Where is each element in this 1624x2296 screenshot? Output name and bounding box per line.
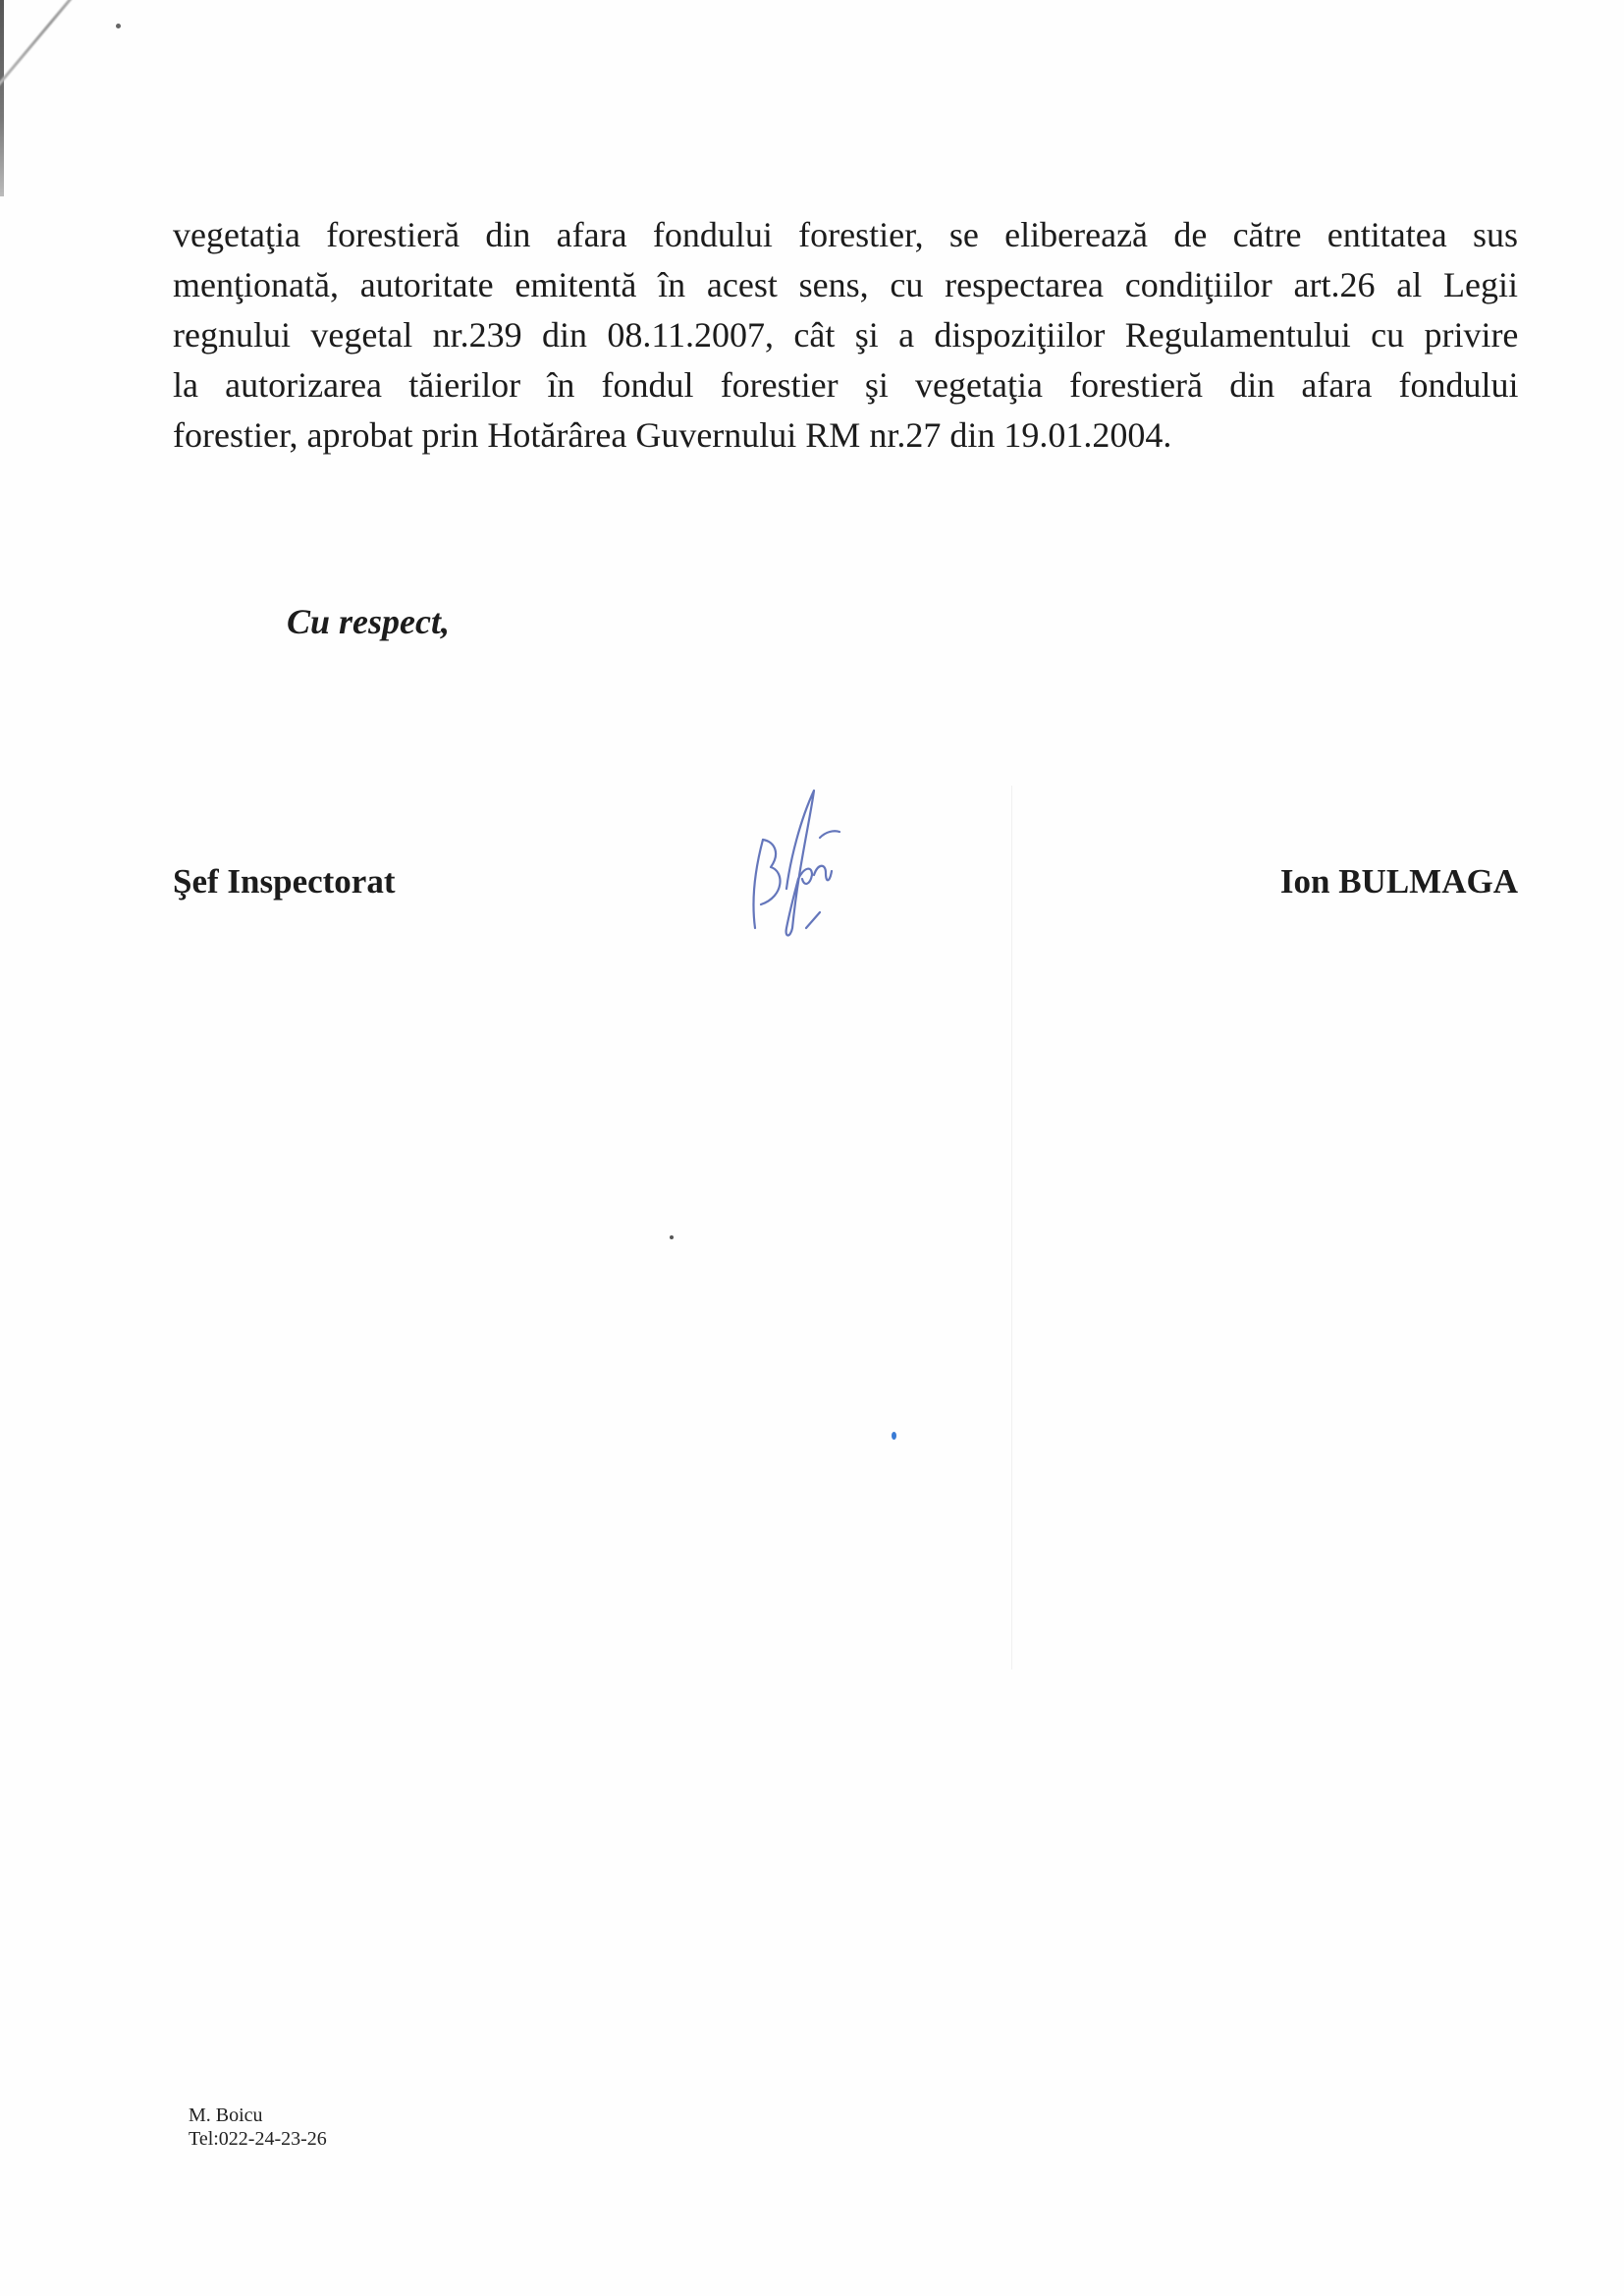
scan-fold-artifact <box>1011 786 1012 1669</box>
closing-salutation: Cu respect, <box>287 601 450 642</box>
footer-contact: M. Boicu Tel:022-24-23-26 <box>189 2104 327 2151</box>
scan-dot-artifact <box>116 24 121 28</box>
paragraph-line: la autorizarea tăierilor în fondul fores… <box>173 360 1518 410</box>
stray-dot-artifact <box>892 1432 896 1440</box>
stray-dot-artifact <box>670 1235 674 1239</box>
executor-phone: Tel:022-24-23-26 <box>189 2127 327 2151</box>
scan-edge-artifact <box>0 0 4 196</box>
scan-line-artifact <box>0 0 111 95</box>
paragraph-line: regnului vegetal nr.239 din 08.11.2007, … <box>173 310 1518 360</box>
handwritten-signature-icon <box>741 781 849 948</box>
paragraph-line: forestier, aprobat prin Hotărârea Guvern… <box>173 410 1518 461</box>
body-paragraph: vegetaţia forestieră din afara fondului … <box>173 210 1518 461</box>
document-page: vegetaţia forestieră din afara fondului … <box>0 0 1624 2296</box>
signatory-name: Ion BULMAGA <box>1280 862 1518 902</box>
paragraph-line: vegetaţia forestieră din afara fondului … <box>173 210 1518 260</box>
paragraph-line: menţionată, autoritate emitentă în acest… <box>173 260 1518 310</box>
executor-name: M. Boicu <box>189 2104 327 2127</box>
signatory-title: Şef Inspectorat <box>173 862 396 902</box>
